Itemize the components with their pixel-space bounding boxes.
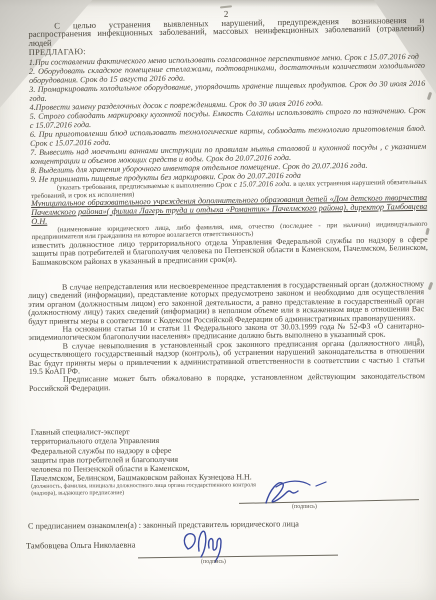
official-signature-label: (подпись) xyxy=(292,504,317,510)
scan-speck xyxy=(427,92,432,101)
items-hint-prefix: (указать требования, предписываемые к вы… xyxy=(57,182,214,191)
official-signature-ink xyxy=(258,477,342,507)
legal-paragraph-information: В случае непредставления или несвоевреме… xyxy=(28,280,424,326)
acknowledged-name: Тамбовцева Ольга Николаевна xyxy=(26,541,136,551)
ink-stroke xyxy=(266,483,298,503)
scan-speck xyxy=(428,282,434,291)
ink-stroke xyxy=(316,482,326,486)
ink-stroke xyxy=(199,531,206,557)
legal-paragraph-appeal: Предписание может быть обжаловано в поря… xyxy=(29,373,425,394)
scanned-document-page: 2 С целью устранения выявленных нарушени… xyxy=(0,0,436,600)
official-title-block: Главный специалист-эксперт территориальн… xyxy=(31,426,283,497)
items-hint-date: Срок с 15.07.2016 года. xyxy=(215,179,291,189)
official-hint: (должность, фамилия, инициалы должностно… xyxy=(31,482,261,497)
representative-signature-ink xyxy=(178,523,240,563)
ink-stroke xyxy=(184,534,195,549)
notify-paragraph: известить должностное лицо территориальн… xyxy=(32,235,428,266)
prescription-items-list: 1.При составлении фактического меню испо… xyxy=(29,52,427,184)
legal-paragraphs-section: В случае непредставления или несвоевреме… xyxy=(28,280,425,393)
document-upper-section: 2 С целью устранения выявленных нарушени… xyxy=(28,3,428,267)
representative-signature-label: (подпись) xyxy=(201,559,226,565)
legal-paragraph-liability: В случае невыполнения в установленный ср… xyxy=(29,339,425,376)
